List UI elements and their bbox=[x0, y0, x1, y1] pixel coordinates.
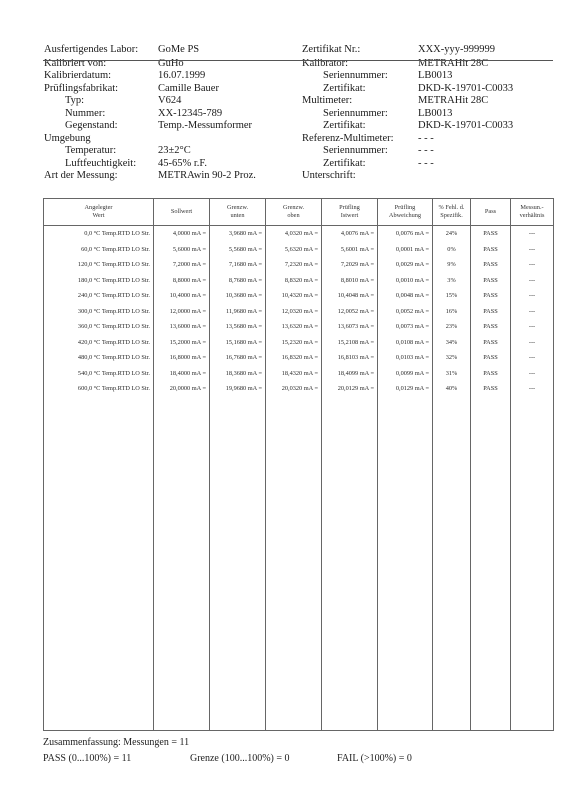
field-value: DKD-K-19701-C0033 bbox=[418, 83, 513, 95]
table-row: 0,0 °C Temp.RTD LO Str.4,0000 mA =3,9680… bbox=[44, 226, 554, 242]
column-header: Grenzw.oben bbox=[266, 199, 322, 226]
table-cell: 7,2320 mA = bbox=[266, 257, 322, 273]
empty-cell bbox=[471, 397, 511, 731]
field-label: Seriennummer: bbox=[323, 145, 388, 157]
table-cell: 4,0000 mA = bbox=[154, 226, 210, 242]
table-cell: 32% bbox=[433, 350, 471, 366]
table-row: 540,0 °C Temp.RTD LO Str.18,4000 mA =18,… bbox=[44, 366, 554, 382]
table-cell: 5,6320 mA = bbox=[266, 242, 322, 258]
table-cell: 13,6000 mA = bbox=[154, 319, 210, 335]
table-cell: 13,6320 mA = bbox=[266, 319, 322, 335]
empty-cell bbox=[266, 397, 322, 731]
header-field: Unterschrift: bbox=[0, 170, 566, 182]
table-cell: --- bbox=[511, 350, 554, 366]
empty-cell bbox=[378, 397, 433, 731]
table-row: 420,0 °C Temp.RTD LO Str.15,2000 mA =15,… bbox=[44, 335, 554, 351]
table-cell: 34% bbox=[433, 335, 471, 351]
measurement-table: AngelegterWertSollwertGrenzw.untenGrenzw… bbox=[43, 198, 554, 731]
column-header: % Fehl. d.Spezifik. bbox=[433, 199, 471, 226]
table-row: 60,0 °C Temp.RTD LO Str.5,6000 mA =5,568… bbox=[44, 242, 554, 258]
table-cell: 40% bbox=[433, 381, 471, 397]
table-cell: 10,4048 mA = bbox=[322, 288, 378, 304]
field-label: Zertifikat: bbox=[323, 120, 366, 132]
header-field: Zertifikat:- - - bbox=[0, 158, 566, 170]
table-cell: 0,0103 mA = bbox=[378, 350, 433, 366]
header-field: Seriennummer:LB0013 bbox=[0, 108, 566, 120]
column-header: Messun.-verhältnis bbox=[511, 199, 554, 226]
header-field: Multimeter:METRAHit 28C bbox=[0, 95, 566, 107]
table-cell: 0,0073 mA = bbox=[378, 319, 433, 335]
table-cell: 9% bbox=[433, 257, 471, 273]
table-cell: 20,0320 mA = bbox=[266, 381, 322, 397]
table-cell: 13,5680 mA = bbox=[210, 319, 266, 335]
table-cell: 8,8010 mA = bbox=[322, 273, 378, 289]
summary-pass: PASS (0...100%) = 11 bbox=[43, 753, 131, 764]
header-field: Seriennummer:- - - bbox=[0, 145, 566, 157]
table-cell: 3% bbox=[433, 273, 471, 289]
table-cell: PASS bbox=[471, 288, 511, 304]
table-cell: 10,3680 mA = bbox=[210, 288, 266, 304]
column-header: Sollwert bbox=[154, 199, 210, 226]
table-row: 240,0 °C Temp.RTD LO Str.10,4000 mA =10,… bbox=[44, 288, 554, 304]
table-cell: 8,7680 mA = bbox=[210, 273, 266, 289]
table-cell: --- bbox=[511, 226, 554, 242]
table-cell: --- bbox=[511, 288, 554, 304]
table-cell: 12,0320 mA = bbox=[266, 304, 322, 320]
table-cell: 4,0320 mA = bbox=[266, 226, 322, 242]
table-cell: 0,0099 mA = bbox=[378, 366, 433, 382]
table-cell: --- bbox=[511, 257, 554, 273]
table-cell: 13,6073 mA = bbox=[322, 319, 378, 335]
table-cell: 15,2000 mA = bbox=[154, 335, 210, 351]
table-cell: 7,2029 mA = bbox=[322, 257, 378, 273]
table-cell: PASS bbox=[471, 381, 511, 397]
table-cell: 60,0 °C Temp.RTD LO Str. bbox=[44, 242, 154, 258]
field-value: DKD-K-19701-C0033 bbox=[418, 120, 513, 132]
table-cell: PASS bbox=[471, 304, 511, 320]
table-cell: 8,8320 mA = bbox=[266, 273, 322, 289]
column-header: Pass bbox=[471, 199, 511, 226]
table-cell: 0,0108 mA = bbox=[378, 335, 433, 351]
table-cell: 7,2000 mA = bbox=[154, 257, 210, 273]
field-label: Seriennummer: bbox=[323, 70, 388, 82]
header-field: Zertifikat:DKD-K-19701-C0033 bbox=[0, 120, 566, 132]
table-cell: 5,6000 mA = bbox=[154, 242, 210, 258]
table-header-row: AngelegterWertSollwertGrenzw.untenGrenzw… bbox=[44, 199, 554, 226]
table-cell: 11,9680 mA = bbox=[210, 304, 266, 320]
header-divider bbox=[43, 60, 553, 61]
table-cell: 31% bbox=[433, 366, 471, 382]
table-cell: 360,0 °C Temp.RTD LO Str. bbox=[44, 319, 154, 335]
table-cell: PASS bbox=[471, 257, 511, 273]
empty-cell bbox=[44, 397, 154, 731]
header-field: Zertifikat:DKD-K-19701-C0033 bbox=[0, 83, 566, 95]
field-value: METRAHit 28C bbox=[418, 95, 488, 107]
table-cell: 15,2108 mA = bbox=[322, 335, 378, 351]
table-row: 120,0 °C Temp.RTD LO Str.7,2000 mA =7,16… bbox=[44, 257, 554, 273]
table-cell: 300,0 °C Temp.RTD LO Str. bbox=[44, 304, 154, 320]
field-label: Multimeter: bbox=[302, 95, 352, 107]
table-cell: 0,0001 mA = bbox=[378, 242, 433, 258]
table-cell: 540,0 °C Temp.RTD LO Str. bbox=[44, 366, 154, 382]
field-label: Zertifikat: bbox=[323, 158, 366, 170]
field-label: Zertifikat: bbox=[323, 83, 366, 95]
table-cell: PASS bbox=[471, 319, 511, 335]
field-label: Seriennummer: bbox=[323, 108, 388, 120]
field-label: Referenz-Multimeter: bbox=[302, 133, 394, 145]
table-cell: --- bbox=[511, 366, 554, 382]
table-cell: --- bbox=[511, 242, 554, 258]
table-cell: 7,1680 mA = bbox=[210, 257, 266, 273]
table-cell: --- bbox=[511, 381, 554, 397]
table-cell: 0,0076 mA = bbox=[378, 226, 433, 242]
table-cell: 15,1680 mA = bbox=[210, 335, 266, 351]
table-cell: 18,4099 mA = bbox=[322, 366, 378, 382]
table-cell: 18,4320 mA = bbox=[266, 366, 322, 382]
table-cell: PASS bbox=[471, 226, 511, 242]
table-cell: --- bbox=[511, 304, 554, 320]
table-cell: 480,0 °C Temp.RTD LO Str. bbox=[44, 350, 154, 366]
table-cell: --- bbox=[511, 319, 554, 335]
table-cell: 5,5680 mA = bbox=[210, 242, 266, 258]
table-cell: 16,7680 mA = bbox=[210, 350, 266, 366]
field-label: Unterschrift: bbox=[302, 170, 356, 182]
table-cell: 180,0 °C Temp.RTD LO Str. bbox=[44, 273, 154, 289]
table-cell: PASS bbox=[471, 350, 511, 366]
table-cell: 4,0076 mA = bbox=[322, 226, 378, 242]
column-header: PrüflingAbweichung bbox=[378, 199, 433, 226]
field-value: LB0013 bbox=[418, 70, 452, 82]
table-cell: 600,0 °C Temp.RTD LO Str. bbox=[44, 381, 154, 397]
table-cell: PASS bbox=[471, 242, 511, 258]
column-header: AngelegterWert bbox=[44, 199, 154, 226]
column-header: PrüflingIstwert bbox=[322, 199, 378, 226]
table-cell: 16% bbox=[433, 304, 471, 320]
table-cell: --- bbox=[511, 273, 554, 289]
table-row: 600,0 °C Temp.RTD LO Str.20,0000 mA =19,… bbox=[44, 381, 554, 397]
table-cell: 16,8000 mA = bbox=[154, 350, 210, 366]
table-cell: 0,0129 mA = bbox=[378, 381, 433, 397]
table-cell: 120,0 °C Temp.RTD LO Str. bbox=[44, 257, 154, 273]
column-header: Grenzw.unten bbox=[210, 199, 266, 226]
table-row: 480,0 °C Temp.RTD LO Str.16,8000 mA =16,… bbox=[44, 350, 554, 366]
table-cell: 0,0010 mA = bbox=[378, 273, 433, 289]
table-cell: 15% bbox=[433, 288, 471, 304]
field-value: - - - bbox=[418, 133, 434, 145]
table-empty-space bbox=[44, 397, 554, 731]
header-field: Zertifikat Nr.:XXX-yyy-999999 bbox=[0, 44, 566, 56]
table-cell: 20,0129 mA = bbox=[322, 381, 378, 397]
empty-cell bbox=[322, 397, 378, 731]
summary-limit: Grenze (100...100%) = 0 bbox=[190, 753, 290, 764]
table-cell: 8,8000 mA = bbox=[154, 273, 210, 289]
field-value: - - - bbox=[418, 145, 434, 157]
table-cell: 0% bbox=[433, 242, 471, 258]
table-cell: 240,0 °C Temp.RTD LO Str. bbox=[44, 288, 154, 304]
table-cell: PASS bbox=[471, 335, 511, 351]
table-cell: 420,0 °C Temp.RTD LO Str. bbox=[44, 335, 154, 351]
empty-cell bbox=[511, 397, 554, 731]
table-cell: 3,9680 mA = bbox=[210, 226, 266, 242]
table-row: 360,0 °C Temp.RTD LO Str.13,6000 mA =13,… bbox=[44, 319, 554, 335]
field-label: Zertifikat Nr.: bbox=[302, 44, 360, 56]
summary-total: Zusammenfassung: Messungen = 11 bbox=[43, 737, 189, 748]
table-cell: 19,9680 mA = bbox=[210, 381, 266, 397]
table-cell: 15,2320 mA = bbox=[266, 335, 322, 351]
table-cell: 12,0000 mA = bbox=[154, 304, 210, 320]
empty-cell bbox=[433, 397, 471, 731]
empty-cell bbox=[154, 397, 210, 731]
table-cell: PASS bbox=[471, 273, 511, 289]
table-row: 300,0 °C Temp.RTD LO Str.12,0000 mA =11,… bbox=[44, 304, 554, 320]
table-cell: 5,6001 mA = bbox=[322, 242, 378, 258]
field-value: - - - bbox=[418, 158, 434, 170]
summary-fail: FAIL (>100%) = 0 bbox=[337, 753, 412, 764]
table-cell: --- bbox=[511, 335, 554, 351]
header-field: Referenz-Multimeter:- - - bbox=[0, 133, 566, 145]
table-cell: 18,3680 mA = bbox=[210, 366, 266, 382]
table-cell: 10,4320 mA = bbox=[266, 288, 322, 304]
table-cell: 12,0052 mA = bbox=[322, 304, 378, 320]
table-cell: 0,0048 mA = bbox=[378, 288, 433, 304]
table-cell: 10,4000 mA = bbox=[154, 288, 210, 304]
table-cell: 0,0 °C Temp.RTD LO Str. bbox=[44, 226, 154, 242]
table-cell: 18,4000 mA = bbox=[154, 366, 210, 382]
table-cell: 16,8320 mA = bbox=[266, 350, 322, 366]
table-cell: 0,0029 mA = bbox=[378, 257, 433, 273]
table-row: 180,0 °C Temp.RTD LO Str.8,8000 mA =8,76… bbox=[44, 273, 554, 289]
table-cell: 20,0000 mA = bbox=[154, 381, 210, 397]
empty-cell bbox=[210, 397, 266, 731]
header-field: Seriennummer:LB0013 bbox=[0, 70, 566, 82]
table-cell: PASS bbox=[471, 366, 511, 382]
table-cell: 23% bbox=[433, 319, 471, 335]
field-value: LB0013 bbox=[418, 108, 452, 120]
table-cell: 0,0052 mA = bbox=[378, 304, 433, 320]
table-cell: 16,8103 mA = bbox=[322, 350, 378, 366]
table-cell: 24% bbox=[433, 226, 471, 242]
field-value: XXX-yyy-999999 bbox=[418, 44, 495, 56]
